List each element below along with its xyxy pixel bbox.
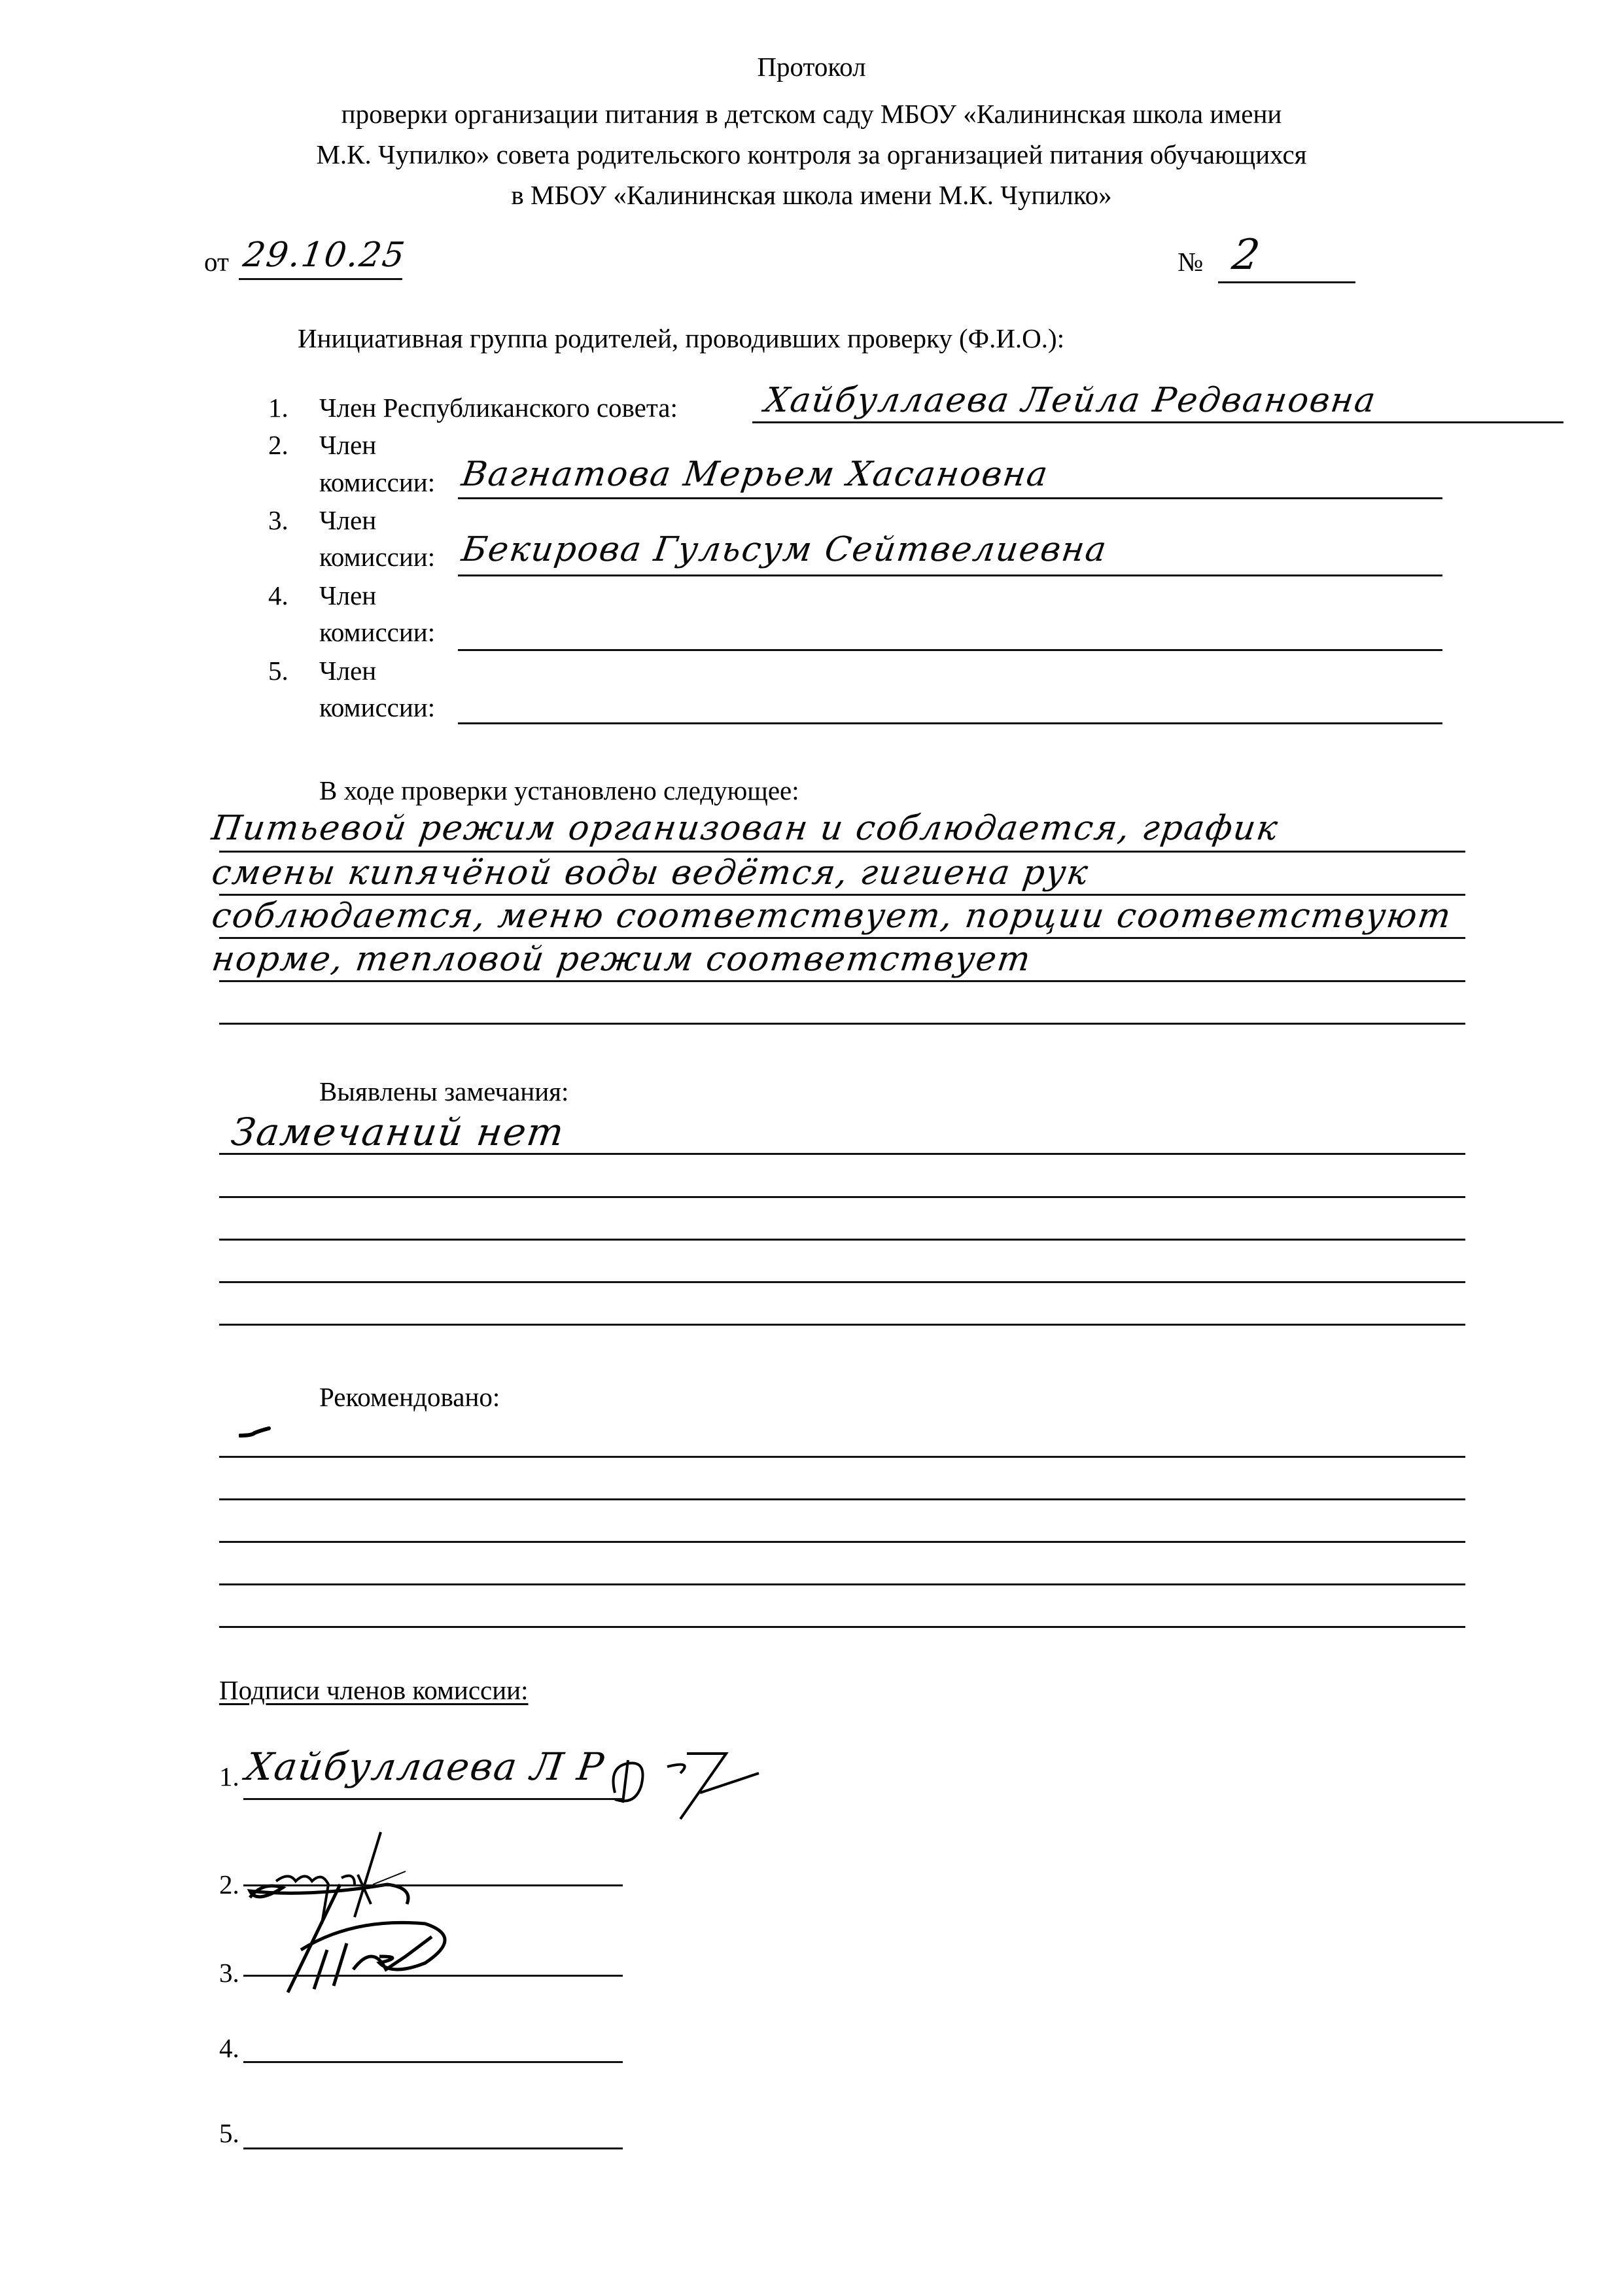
signature-4-num: 4.: [219, 2032, 239, 2064]
member-3-label1: Член: [319, 504, 376, 537]
signatures-heading: Подписи членов комиссии:: [219, 1674, 529, 1706]
findings-rule-3: [219, 937, 1465, 939]
findings-line-2: смены кипячёной воды ведётся, гигиена ру…: [209, 853, 1091, 892]
signature-2-num: 2.: [219, 1868, 239, 1901]
findings-rule-1: [219, 851, 1465, 853]
member-2-label2: комиссии:: [319, 466, 435, 499]
group-heading: Инициативная группа родителей, проводивш…: [298, 322, 1064, 355]
member-5-label2: комиссии:: [319, 691, 435, 724]
member-4-num: 4.: [268, 579, 288, 612]
signature-1-line: [243, 1798, 623, 1800]
signature-1-text: Хайбуллаева Л Р: [243, 1747, 607, 1786]
signature-1-num: 1.: [219, 1760, 239, 1793]
member-5-num: 5.: [268, 654, 288, 687]
signature-3-line: [243, 1975, 623, 1977]
recommended-rule-2: [219, 1498, 1465, 1500]
recommended-rule-4: [219, 1583, 1465, 1585]
member-4-line: [458, 649, 1442, 651]
member-3-num: 3.: [268, 504, 288, 537]
signature-3-num: 3.: [219, 1956, 239, 1989]
member-1-label: Член Республиканского совета:: [319, 391, 678, 424]
signature-4-line: [243, 2061, 623, 2063]
findings-line-1: Питьевой режим организован и соблюдается…: [209, 809, 1281, 848]
member-5-label1: Член: [319, 654, 376, 687]
member-4-label1: Член: [319, 579, 376, 612]
member-1-num: 1.: [268, 391, 288, 424]
recommended-rule-5: [219, 1626, 1465, 1628]
member-5-line: [458, 722, 1442, 724]
member-3-line: [458, 574, 1442, 576]
member-2-line: [458, 497, 1442, 499]
member-1-line: [752, 421, 1563, 423]
number-underline: [1218, 281, 1355, 283]
date-value: 29.10.25: [241, 236, 408, 275]
findings-rule-5: [219, 1023, 1465, 1025]
findings-rule-2: [219, 894, 1465, 896]
subtitle-line-3: в МБОУ «Калининская школа имени М.К. Чуп…: [0, 175, 1623, 215]
member-3-name: Бекирова Гульсум Сейтвелиевна: [459, 530, 1110, 569]
remarks-heading: Выявлены замечания:: [319, 1075, 568, 1108]
findings-heading: В ходе проверки установлено следующее:: [319, 774, 799, 807]
member-4-label2: комиссии:: [319, 616, 435, 648]
signature-5-line: [243, 2147, 623, 2149]
recommended-rule-1: [219, 1456, 1465, 1458]
findings-rule-4: [219, 980, 1465, 982]
member-1-name: Хайбуллаева Лейла Редвановна: [762, 381, 1379, 420]
findings-line-3: соблюдается, меню соответствует, порции …: [209, 896, 1454, 936]
date-underline: [239, 278, 402, 280]
signature-5-num: 5.: [219, 2117, 239, 2149]
number-label: №: [1178, 245, 1203, 278]
member-2-label1: Член: [319, 429, 376, 461]
recommended-rule-3: [219, 1541, 1465, 1543]
remarks-line-1: Замечаний нет: [229, 1112, 567, 1152]
remarks-rule-5: [219, 1324, 1465, 1326]
remarks-rule-2: [219, 1196, 1465, 1198]
member-2-num: 2.: [268, 429, 288, 461]
signature-3-mark: [275, 1865, 497, 1999]
remarks-rule-4: [219, 1281, 1465, 1283]
document-title: Протокол: [0, 47, 1623, 86]
subtitle-line-2: М.К. Чупилко» совета родительского контр…: [0, 135, 1623, 174]
subtitle-line-1: проверки организации питания в детском с…: [0, 94, 1623, 133]
date-label: от: [204, 245, 229, 278]
dash-mark: [239, 1426, 271, 1433]
remarks-rule-3: [219, 1239, 1465, 1241]
member-3-label2: комиссии:: [319, 540, 435, 573]
signature-1-mark: [589, 1740, 798, 1835]
number-value: 2: [1230, 236, 1263, 275]
findings-line-4: норме, тепловой режим соответствует: [209, 940, 1034, 979]
remarks-rule-1: [219, 1153, 1465, 1155]
recommended-heading: Рекомендовано:: [319, 1381, 500, 1413]
member-2-name: Вагнатова Мерьем Хасановна: [459, 455, 1051, 494]
